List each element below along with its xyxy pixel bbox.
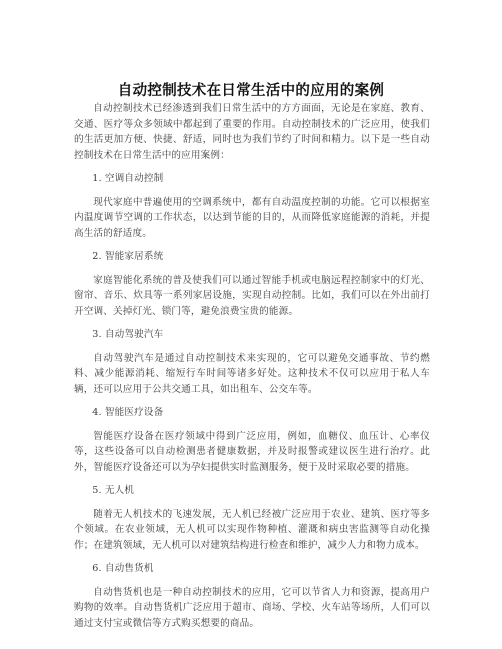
document-body: 自动控制技术已经渗透到我们日常生活中的方方面面，无论是在家庭、教育、交通、医疗等…: [74, 101, 430, 639]
section-heading-smart-medical: 4. 智能医疗设备: [74, 405, 430, 421]
section-body-smart-medical: 智能医疗设备在医疗领域中得到广泛应用，例如，血糖仪、血压计、心率仪等，这些设备可…: [74, 429, 430, 476]
section-body-autonomous-car: 自动驾驶汽车是通过自动控制技术来实现的，它可以避免交通事故、节约燃料、减少能源消…: [74, 351, 430, 398]
section-heading-vending-machine: 6. 自动售货机: [74, 561, 430, 577]
document-title: 自动控制技术在日常生活中的应用的案例: [0, 79, 502, 100]
section-heading-smart-home: 2. 智能家居系统: [74, 249, 430, 265]
section-heading-drone: 5. 无人机: [74, 483, 430, 499]
section-heading-autonomous-car: 3. 自动驾驶汽车: [74, 327, 430, 343]
intro-paragraph: 自动控制技术已经渗透到我们日常生活中的方方面面，无论是在家庭、教育、交通、医疗等…: [74, 101, 430, 163]
section-body-smart-home: 家庭智能化系统的普及使我们可以通过智能手机或电脑远程控制家中的灯光、窗帘、音乐、…: [74, 273, 430, 320]
section-body-drone: 随着无人机技术的飞速发展，无人机已经被广泛应用于农业、建筑、医疗等多个领域。在农…: [74, 507, 430, 554]
section-body-vending-machine: 自动售货机也是一种自动控制技术的应用，它可以节省人力和资源，提高用户购物的效率。…: [74, 585, 430, 632]
document-page: 自动控制技术在日常生活中的应用的案例 自动控制技术已经渗透到我们日常生活中的方方…: [0, 0, 502, 649]
section-heading-ac-control: 1. 空调自动控制: [74, 171, 430, 187]
section-body-ac-control: 现代家庭中普遍使用的空调系统中，都有自动温度控制的功能。它可以根据室内温度调节空…: [74, 195, 430, 242]
